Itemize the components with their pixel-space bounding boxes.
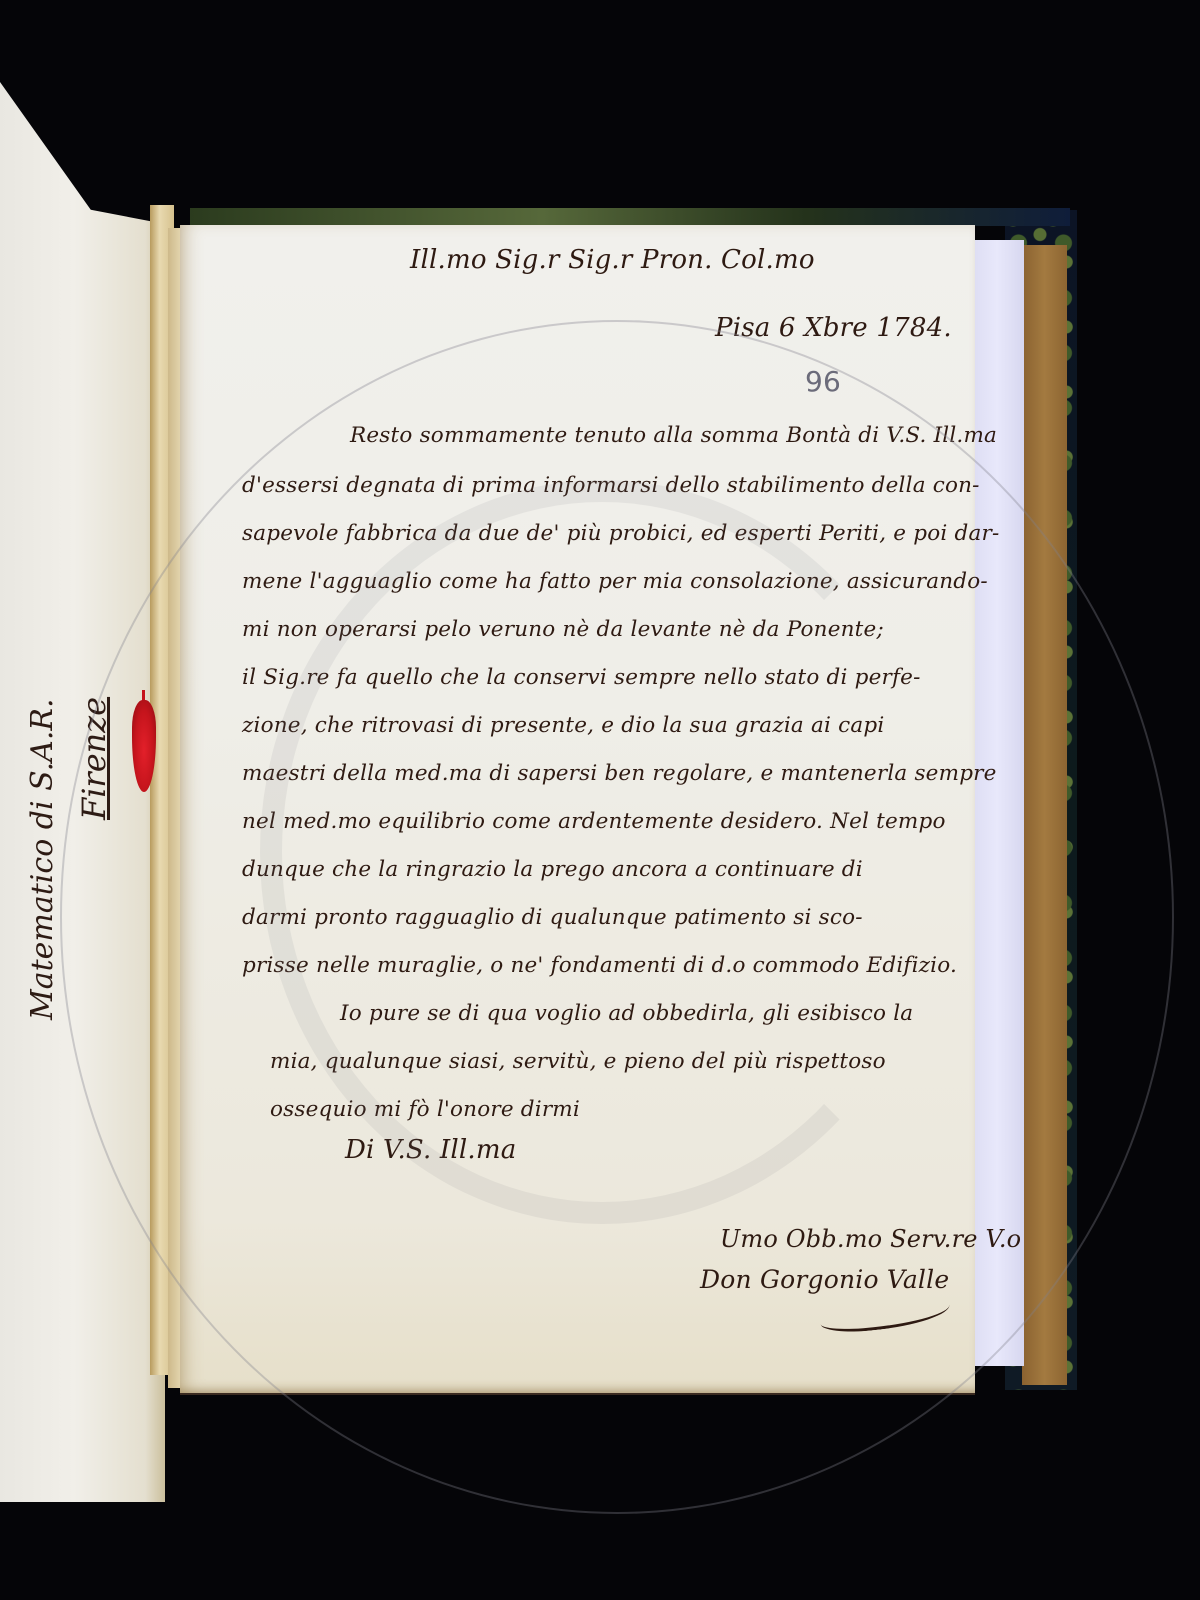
- body-line: sapevole fabbrica da due de' più probici…: [242, 521, 999, 546]
- body-line: Resto sommamente tenuto alla somma Bontà…: [350, 423, 997, 448]
- white-paper-strip: [970, 240, 1024, 1366]
- body-line: mene l'agguaglio come ha fatto per mia c…: [242, 569, 988, 594]
- body-line: zione, che ritrovasi di presente, e dio …: [242, 713, 884, 738]
- body-line: nel med.mo equilibrio come ardentemente …: [242, 809, 946, 834]
- body-line: prisse nelle muraglie, o ne' fondamenti …: [242, 953, 957, 978]
- signature-valediction: Umo Obb.mo Serv.re V.o: [720, 1225, 1021, 1253]
- signature-name: Don Gorgonio Valle: [700, 1265, 949, 1294]
- marbled-board-top-edge: [190, 208, 1070, 226]
- body-line: mi non operarsi pelo veruno nè da levant…: [242, 617, 884, 642]
- body-line: il Sig.re fa quello che la conservi semp…: [242, 665, 921, 690]
- salutation: Ill.mo Sig.r Sig.r Pron. Col.mo: [410, 245, 815, 275]
- folio-number: 96: [805, 365, 841, 398]
- body-line: mia, qualunque siasi, servitù, e pieno d…: [270, 1049, 886, 1074]
- body-line: d'essersi degnata di prima informarsi de…: [242, 473, 980, 498]
- address-block: Matematico di S.A.R. Firenze: [0, 580, 130, 1040]
- body-line: Io pure se di qua voglio ad obbedirla, g…: [340, 1001, 913, 1026]
- dateline: Pisa 6 Xbre 1784.: [715, 313, 952, 343]
- signature-flourish: [819, 1293, 951, 1335]
- body-line: dunque che la ringrazio la prego ancora …: [242, 857, 863, 882]
- letter-page: Ill.mo Sig.r Sig.r Pron. Col.mo Pisa 6 X…: [180, 225, 975, 1395]
- brown-paper-strip: [1022, 245, 1067, 1385]
- closing: Di V.S. Ill.ma: [345, 1135, 516, 1165]
- body-line: ossequio mi fò l'onore dirmi: [270, 1097, 580, 1122]
- address-line-1: Matematico di S.A.R.: [25, 699, 60, 1020]
- address-line-2: Firenze: [75, 697, 113, 820]
- body-line: darmi pronto ragguaglio di qualunque pat…: [242, 905, 863, 930]
- body-line: maestri della med.ma di sapersi ben rego…: [242, 761, 997, 786]
